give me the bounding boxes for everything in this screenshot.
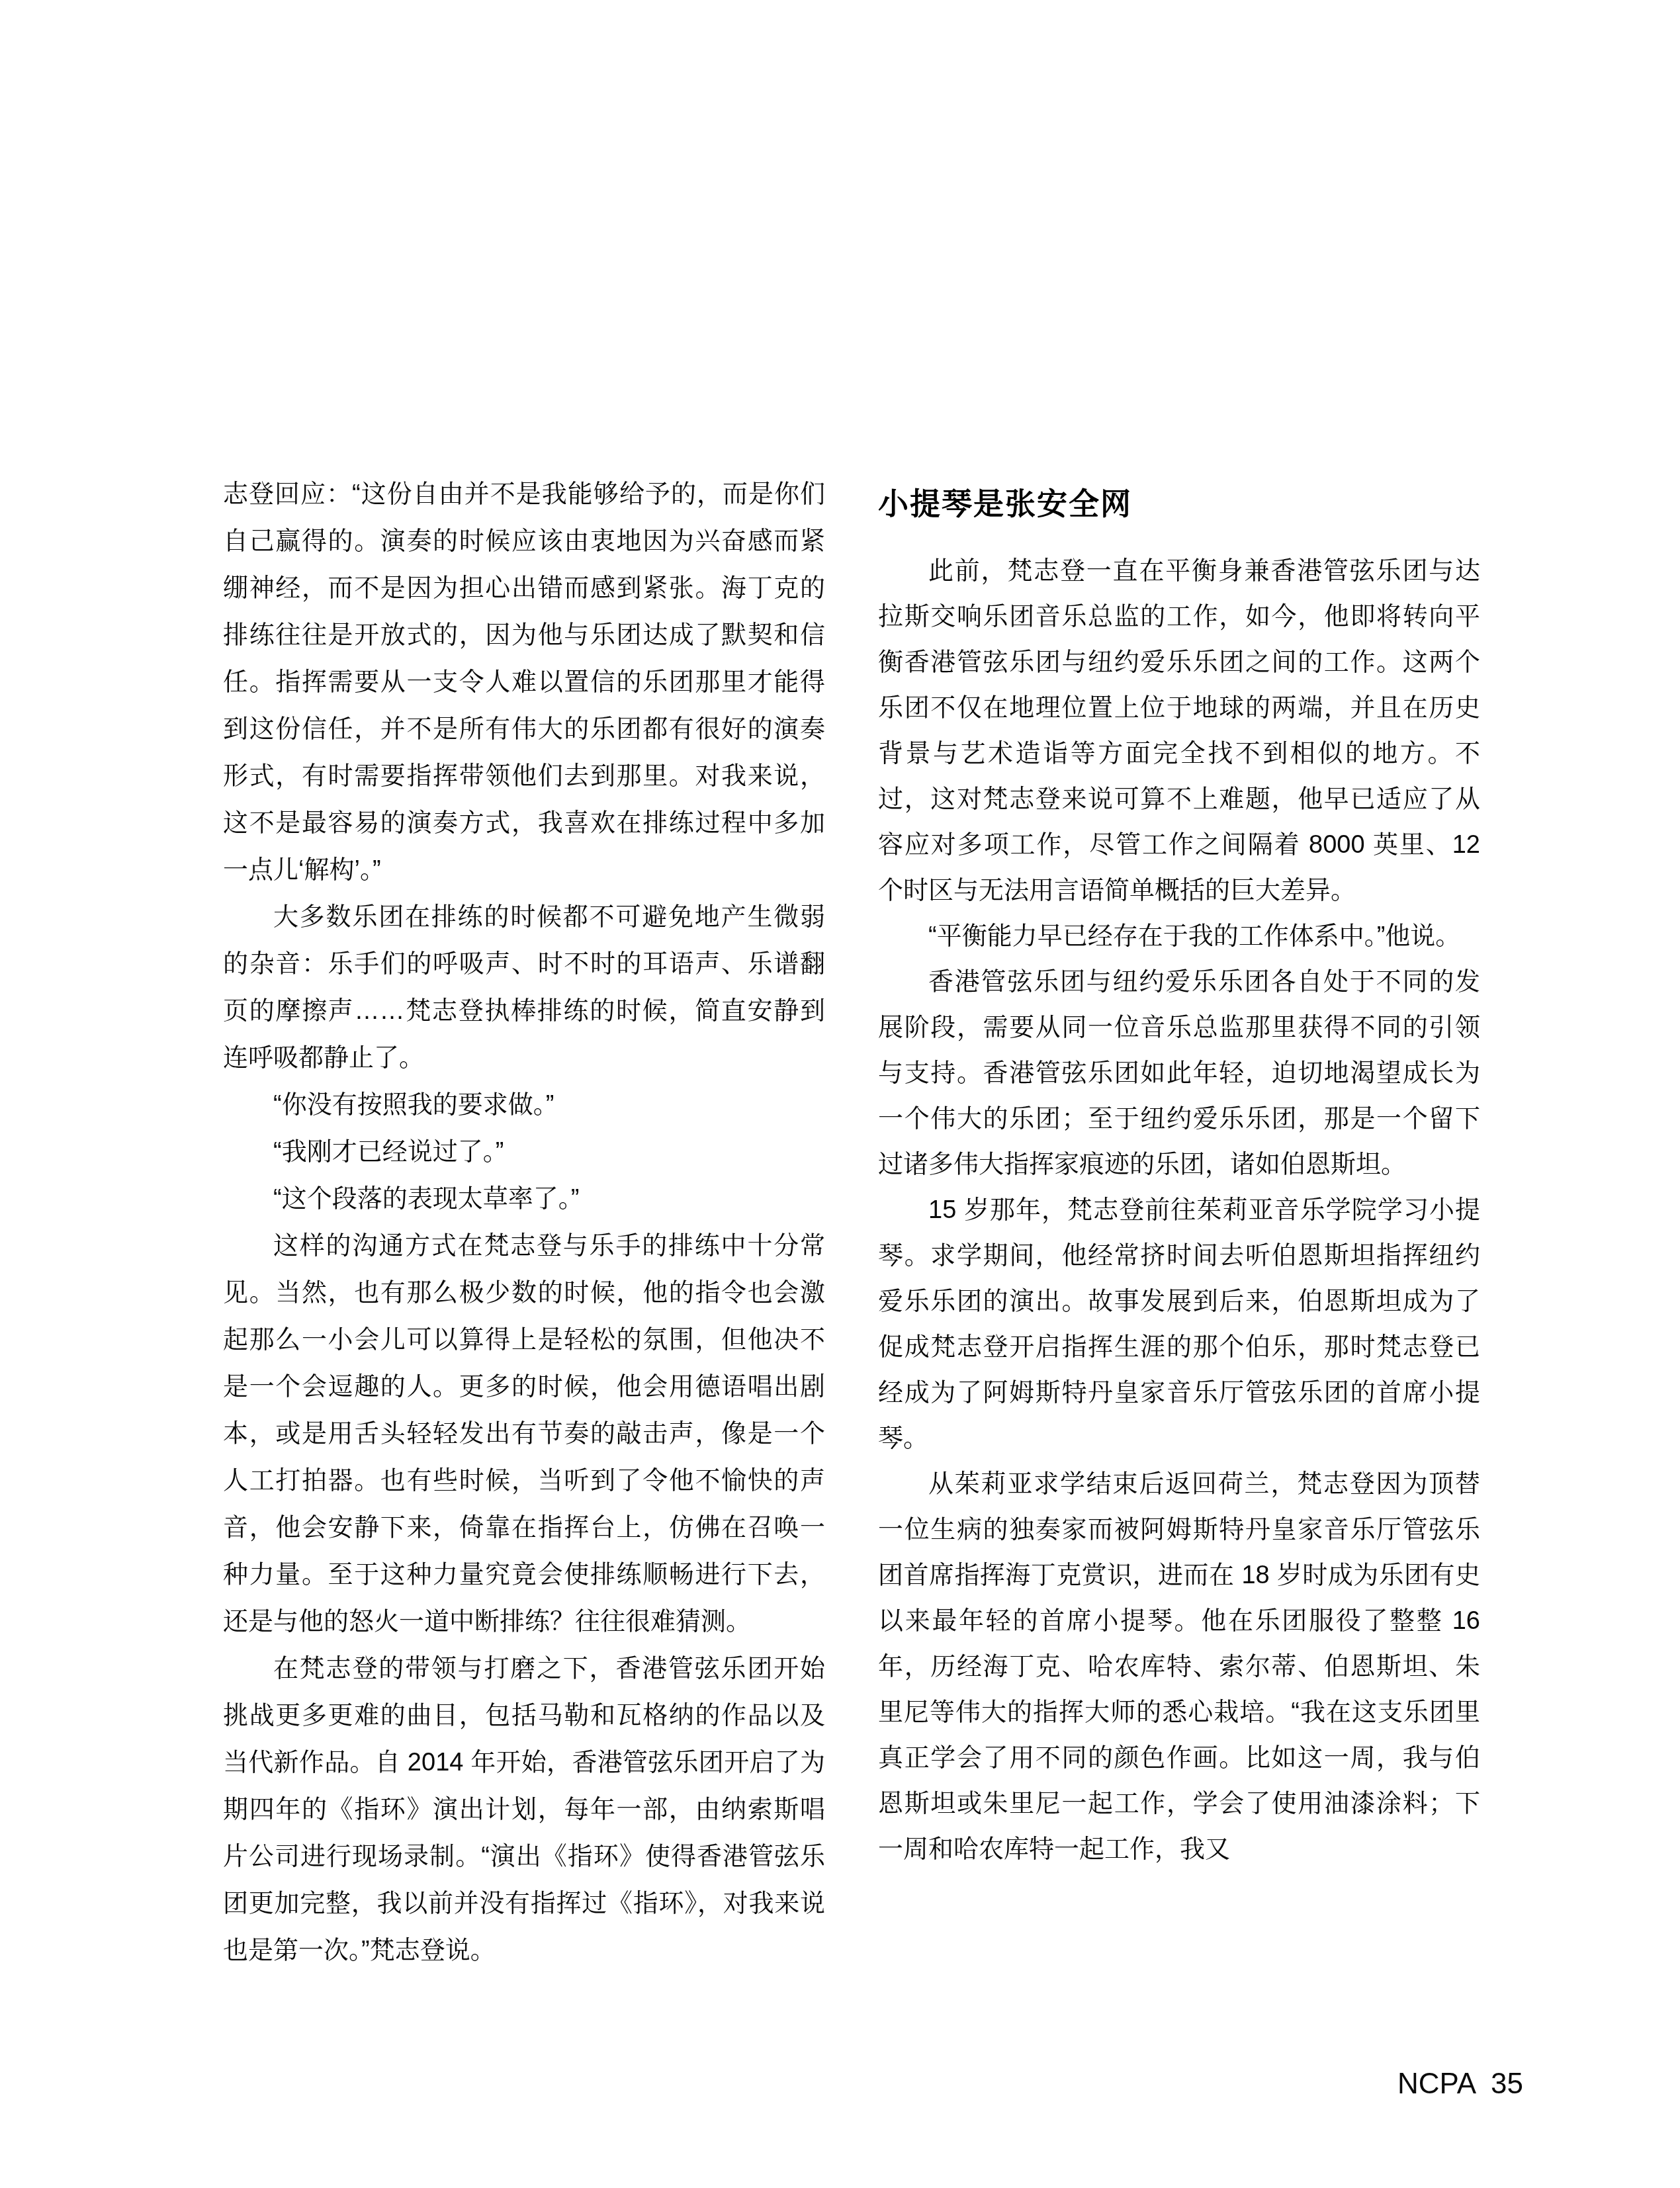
paragraph quote-line: “我刚才已经说过了。” bbox=[223, 1129, 825, 1176]
paragraph quote-line: “平衡能力早已经存在于我的工作体系中。”他说。 bbox=[878, 914, 1480, 959]
paragraph quote-line: “你没有按照我的要求做。” bbox=[223, 1082, 825, 1129]
journal-name: NCPA bbox=[1397, 2068, 1476, 2100]
paragraph: 志登回应：“这份自由并不是我能够给予的，而是你们自己赢得的。演奏的时候应该由衷地… bbox=[223, 471, 825, 894]
article-column-left: 志登回应：“这份自由并不是我能够给予的，而是你们自己赢得的。演奏的时候应该由衷地… bbox=[223, 471, 825, 1974]
paragraph: 在梵志登的带领与打磨之下，香港管弦乐团开始挑战更多更难的曲目，包括马勒和瓦格纳的… bbox=[223, 1645, 825, 1974]
section-heading: 小提琴是张安全网 bbox=[878, 480, 1480, 527]
paragraph: 从茱莉亚求学结束后返回荷兰，梵志登因为顶替一位生病的独奏家而被阿姆斯特丹皇家音乐… bbox=[878, 1462, 1480, 1872]
paragraph: 这样的沟通方式在梵志登与乐手的排练中十分常见。当然，也有那么极少数的时候，他的指… bbox=[223, 1223, 825, 1645]
page-footer: NCPA35 bbox=[1397, 2070, 1523, 2099]
paragraph quote-line: “这个段落的表现太草率了。” bbox=[223, 1176, 825, 1223]
paragraph: 大多数乐团在排练的时候都不可避免地产生微弱的杂音：乐手们的呼吸声、时不时的耳语声… bbox=[223, 894, 825, 1082]
page-number: 35 bbox=[1491, 2068, 1523, 2100]
magazine-page: 志登回应：“这份自由并不是我能够给予的，而是你们自己赢得的。演奏的时候应该由衷地… bbox=[0, 0, 1680, 2188]
article-column-right: 小提琴是张安全网 此前，梵志登一直在平衡身兼香港管弦乐团与达拉斯交响乐团音乐总监… bbox=[878, 471, 1480, 1872]
paragraph: 香港管弦乐团与纽约爱乐乐团各自处于不同的发展阶段，需要从同一位音乐总监那里获得不… bbox=[878, 959, 1480, 1188]
paragraph: 15 岁那年，梵志登前往茱莉亚音乐学院学习小提琴。求学期间，他经常挤时间去听伯恩… bbox=[878, 1188, 1480, 1462]
paragraph: 此前，梵志登一直在平衡身兼香港管弦乐团与达拉斯交响乐团音乐总监的工作，如今，他即… bbox=[878, 548, 1480, 914]
